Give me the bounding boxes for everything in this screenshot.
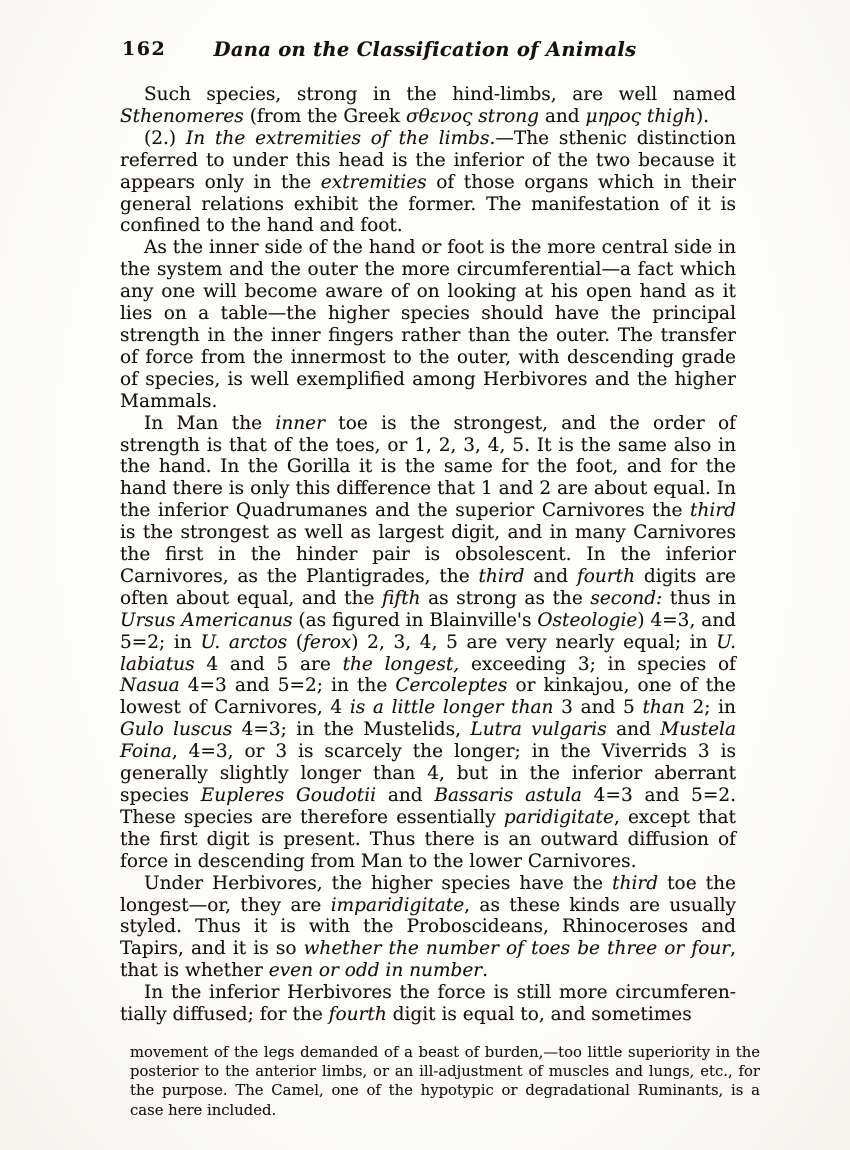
body-text: Such species, strong in the hind-limbs, …	[120, 84, 736, 1026]
text-run: (2.)	[144, 128, 186, 149]
text-run: 4 and 5 are	[195, 654, 343, 675]
italic-run: third	[612, 873, 658, 894]
running-title: Dana on the Classification of Animals	[0, 38, 850, 61]
italic-run: is a little longer than	[350, 697, 554, 718]
text-run: as strong as the	[421, 588, 591, 609]
italic-run: third	[690, 500, 736, 521]
text-run: As the inner side of the hand or foot is…	[120, 237, 736, 411]
text-run: and	[607, 719, 661, 740]
italic-run: fourth	[577, 566, 635, 587]
footnote: movement of the legs demanded of a beast…	[130, 1043, 760, 1120]
italic-run: σθενος	[406, 106, 472, 127]
paragraph: In Man the inner toe is the strongest, a…	[120, 413, 736, 873]
scanned-book-page: 162 Dana on the Classification of Animal…	[0, 0, 850, 1150]
italic-run: Lutra vulgaris	[470, 719, 606, 740]
paragraph: Such species, strong in the hind-limbs, …	[120, 84, 736, 128]
text-run: In Man the	[144, 413, 275, 434]
italic-run: fourth	[329, 1004, 387, 1025]
paragraph: As the inner side of the hand or foot is…	[120, 237, 736, 412]
italic-run: Nasua	[120, 675, 180, 696]
text-run: ).	[696, 106, 709, 127]
italic-run: third	[479, 566, 525, 587]
italic-run: Cercoleptes	[395, 675, 507, 696]
italic-run: Osteologie	[537, 610, 637, 631]
italic-run: extremities	[321, 172, 427, 193]
italic-run: In the extremities of the limbs.	[186, 128, 495, 149]
italic-run: thigh	[647, 106, 696, 127]
text-run: digit is equal to, and sometimes	[387, 1004, 692, 1025]
paragraph: (2.) In the extremities of the limbs.—Th…	[120, 128, 736, 238]
text-run: 2; in	[685, 697, 736, 718]
italic-run: than	[642, 697, 684, 718]
italic-run: second:	[590, 588, 662, 609]
text-run: thus in	[662, 588, 736, 609]
text-run: ) 2, 3, 4, 5 are very nearly equal; in	[351, 632, 716, 653]
italic-run: imparidigitate	[331, 895, 464, 916]
italic-run: paridigitate	[504, 807, 614, 828]
italic-run: fifth	[382, 588, 421, 609]
italic-run: strong	[478, 106, 539, 127]
italic-run: U. arctos	[200, 632, 287, 653]
paragraph: Under Herbivores, the higher species hav…	[120, 873, 736, 983]
italic-run: inner	[275, 413, 325, 434]
italic-run: the longest,	[343, 654, 460, 675]
italic-run: ferox	[303, 632, 351, 653]
text-run: (from the Greek	[244, 106, 406, 127]
italic-run: Ursus Amer­icanus	[120, 610, 293, 631]
italic-run: whether the number of toes be three or f…	[304, 938, 731, 959]
paragraph: In the inferior Herbivores the force is …	[120, 982, 736, 1026]
text-run: (	[287, 632, 303, 653]
text-run: .	[482, 960, 488, 981]
text-run: 4=3 and 5=2; in the	[180, 675, 396, 696]
text-run: exceeding 3; in species of	[459, 654, 736, 675]
text-run: 3 and 5	[553, 697, 642, 718]
italic-run: Eupleres Gou­dotii	[201, 785, 376, 806]
text-run: Under Herbivores, the higher species hav…	[144, 873, 612, 894]
italic-run: Gulo luscus	[120, 719, 232, 740]
text-run: 4=3; in the Mustelids,	[232, 719, 470, 740]
text-run: and	[539, 106, 586, 127]
italic-run: Bassaris astula	[434, 785, 582, 806]
text-run: and	[376, 785, 434, 806]
italic-run: Stheno­meres	[120, 106, 244, 127]
italic-run: μηρος	[586, 106, 641, 127]
page-header: 162 Dana on the Classification of Animal…	[0, 38, 850, 64]
italic-run: even or odd in number	[269, 960, 482, 981]
text-run: (as figured in Blainville's	[293, 610, 538, 631]
text-run: and	[524, 566, 576, 587]
text-run: Such species, strong in the hind-limbs, …	[144, 84, 736, 105]
